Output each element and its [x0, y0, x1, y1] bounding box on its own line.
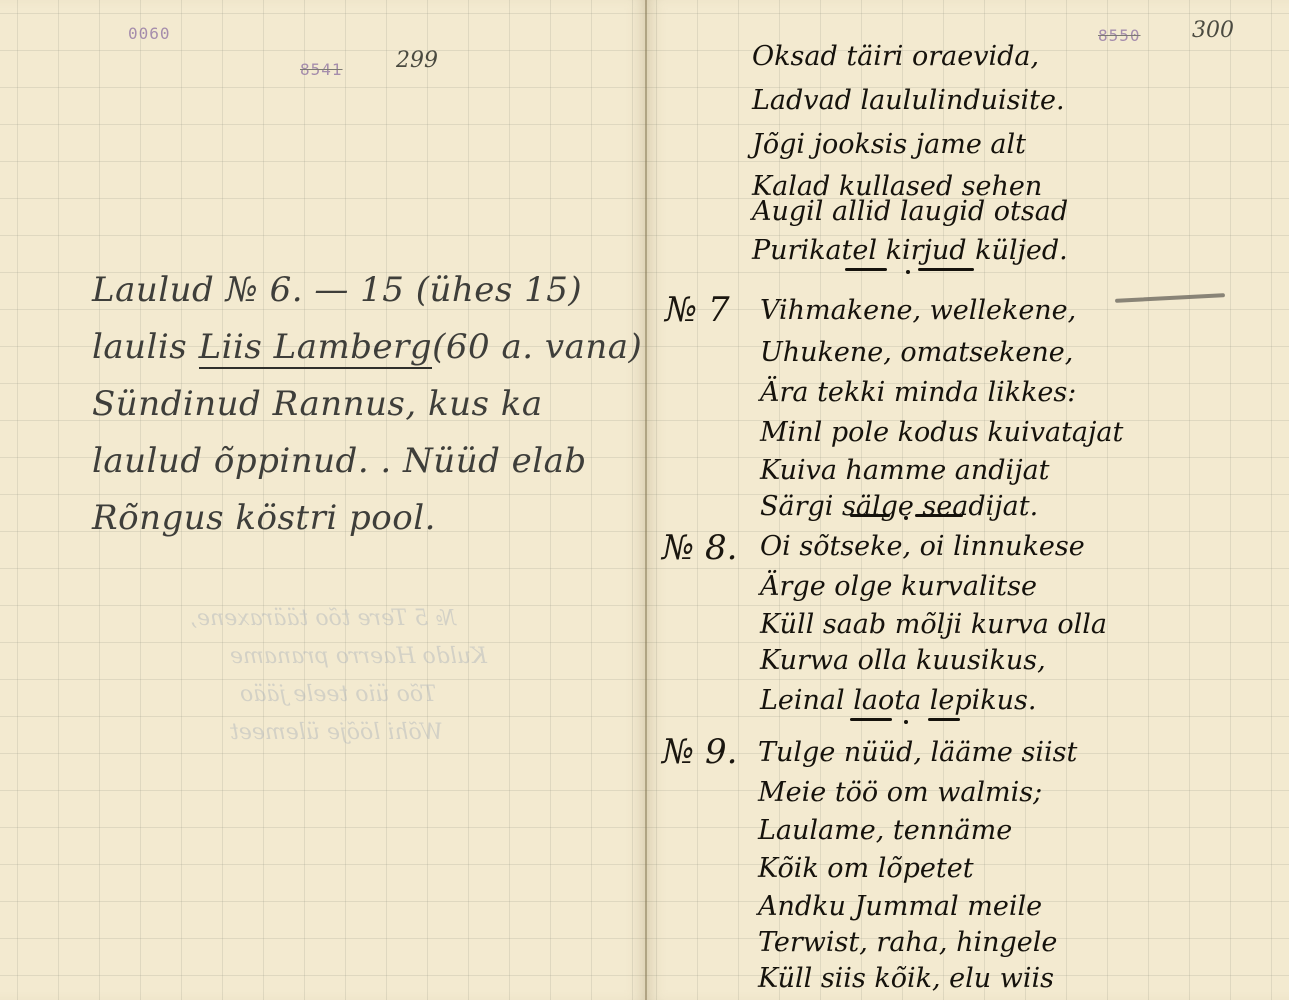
song-number-8: № 8.	[662, 528, 737, 568]
note-line: laulud õppinud. . Nüüd elab	[92, 433, 632, 490]
verse-line: Kõik om lõpetet	[758, 850, 974, 887]
archive-stamp-top: 0060	[128, 24, 171, 43]
section-divider	[928, 718, 960, 721]
verse-line: Ladvad laululinduisite.	[752, 82, 1065, 119]
note-text: laulis	[92, 327, 187, 367]
verse-line: Minl pole kodus kuivatajat	[760, 414, 1123, 451]
show-through-text: Kuldo Haerro praname	[230, 638, 487, 675]
verse-line: Augil allid laugid otsad	[752, 193, 1068, 230]
verse-line: Ära tekki minda likkes:	[760, 374, 1076, 411]
archive-number-struck-right: 8550	[1098, 26, 1141, 45]
page-number-left: 299	[396, 48, 438, 73]
note-line-singer: laulis Liis Lamberg(60 a. vana)	[92, 319, 632, 376]
show-through-text: Wõhi löõje ülemeet	[230, 714, 443, 751]
section-divider-dot	[904, 720, 908, 724]
show-through-text: № 5 Tere tõo tääraxene,	[190, 600, 456, 637]
singer-name: Liis Lamberg	[199, 327, 433, 369]
verse-line: Küll siis kõik, elu wiis	[758, 960, 1054, 997]
page-fold	[645, 0, 647, 1000]
verse-line: Purikatel kirjud küljed.	[752, 232, 1068, 269]
pencil-note: Laulud № 6. — 15 (ühes 15) laulis Liis L…	[92, 262, 632, 547]
singer-age: (60 a. vana)	[432, 327, 642, 367]
verse-line: Kurwa olla kuusikus,	[760, 642, 1046, 679]
verse-line: Küll saab mõlji kurva olla	[760, 606, 1107, 643]
song-number-7: № 7	[665, 290, 730, 330]
section-divider	[850, 514, 890, 517]
verse-line: Särgi sälge seadijat.	[760, 488, 1038, 525]
section-divider	[918, 268, 974, 271]
verse-line: Andku Jummal meile	[758, 888, 1042, 925]
verse-line: Oi sõtseke, oi linnukese	[760, 528, 1085, 565]
section-divider	[915, 514, 963, 517]
verse-line: Oksad täiri oraevida,	[752, 38, 1039, 75]
verse-line: Laulame, tennäme	[758, 812, 1012, 849]
section-divider-dot	[904, 516, 908, 520]
show-through-text: Tõo üio teele jääo	[240, 676, 436, 713]
archive-number-struck-left: 8541	[300, 60, 343, 79]
note-line: Rõngus köstri pool.	[92, 490, 632, 547]
verse-line: Uhukene, omatsekene,	[760, 334, 1073, 371]
song-number-9: № 9.	[662, 732, 737, 772]
verse-line: Meie töö om walmis;	[758, 774, 1042, 811]
verse-line: Kuiva hamme andijat	[760, 452, 1050, 489]
verse-line: Terwist, raha, hingele	[758, 924, 1057, 961]
verse-line: Leinal laota lepikus.	[760, 682, 1037, 719]
note-line: Laulud № 6. — 15 (ühes 15)	[92, 262, 632, 319]
verse-line: Ärge olge kurvalitse	[760, 568, 1037, 605]
section-divider	[850, 718, 892, 721]
note-line: Sündinud Rannus, kus ka	[92, 376, 632, 433]
verse-line: Jõgi jooksis jame alt	[752, 126, 1026, 163]
verse-line: Tulge nüüd, lääme siist	[758, 734, 1077, 771]
section-divider-dot	[906, 270, 910, 274]
page-number-right: 300	[1192, 18, 1234, 43]
verse-line: Vihmakene, wellekene,	[760, 292, 1076, 329]
section-divider	[845, 268, 887, 271]
